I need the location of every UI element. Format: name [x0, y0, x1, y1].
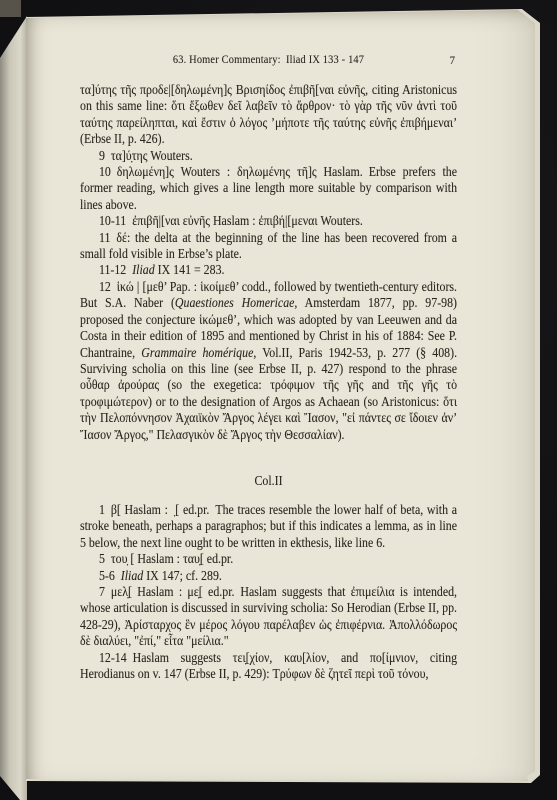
entry-col2-7: 7 μελ̣[ Haslam : με̣[ ed.pr. Haslam sugg… — [80, 584, 457, 650]
entry-col2-1: 1 β[ Haslam : ̣[ ed.pr. The traces resem… — [80, 502, 457, 551]
entry-9: 9 τα]ύ̣της Wouters. — [80, 148, 457, 164]
commentary-body: τα]ύτης τῆς προδε|[δηλωμένη]ς Βρισηίδος … — [80, 82, 457, 682]
entry-10: 10 δηλωμένη]ς Wouters : δηλωμένης τῆ]ς H… — [80, 164, 457, 213]
running-head: 63. Homer Commentary: Iliad IX 133 - 147… — [80, 54, 457, 66]
entry-12: 12 ἱκώ | [μεθ’ Pap. : ἱκοίμεθ’ codd., fo… — [80, 279, 457, 443]
running-head-title: 63. Homer Commentary: Iliad IX 133 - 147 — [173, 54, 364, 66]
entry-col2-5: 5 του̣ [ Haslam : ταυ̣[ ed.pr. — [80, 551, 457, 567]
entry-col2-5-6: 5-6 Iliad IX 147; cf. 289. — [80, 568, 457, 584]
text-block: 63. Homer Commentary: Iliad IX 133 - 147… — [80, 54, 457, 682]
facing-page-edge — [0, 0, 27, 800]
book-page: 63. Homer Commentary: Iliad IX 133 - 147… — [26, 10, 535, 781]
opening-paragraph: τα]ύτης τῆς προδε|[δηλωμένη]ς Βρισηίδος … — [80, 82, 457, 148]
page-number: 7 — [450, 53, 456, 68]
entry-10-11: 10-11 ἐπιβῆ|[ναι εὐνῆς Haslam : ἐπιβή|[μ… — [80, 213, 457, 229]
binding-corner — [0, 0, 21, 17]
entry-11: 11 δέ: the delta at the beginning of the… — [80, 230, 457, 263]
entry-11-12: 11-12 Iliad IX 141 = 283. — [80, 262, 457, 278]
book-photo: 63. Homer Commentary: Iliad IX 133 - 147… — [0, 0, 557, 800]
col2-heading: Col.II — [80, 473, 457, 489]
entry-col2-12-14: 12-14 Haslam suggests τει̣[χίον, καυ[λίο… — [80, 650, 457, 683]
